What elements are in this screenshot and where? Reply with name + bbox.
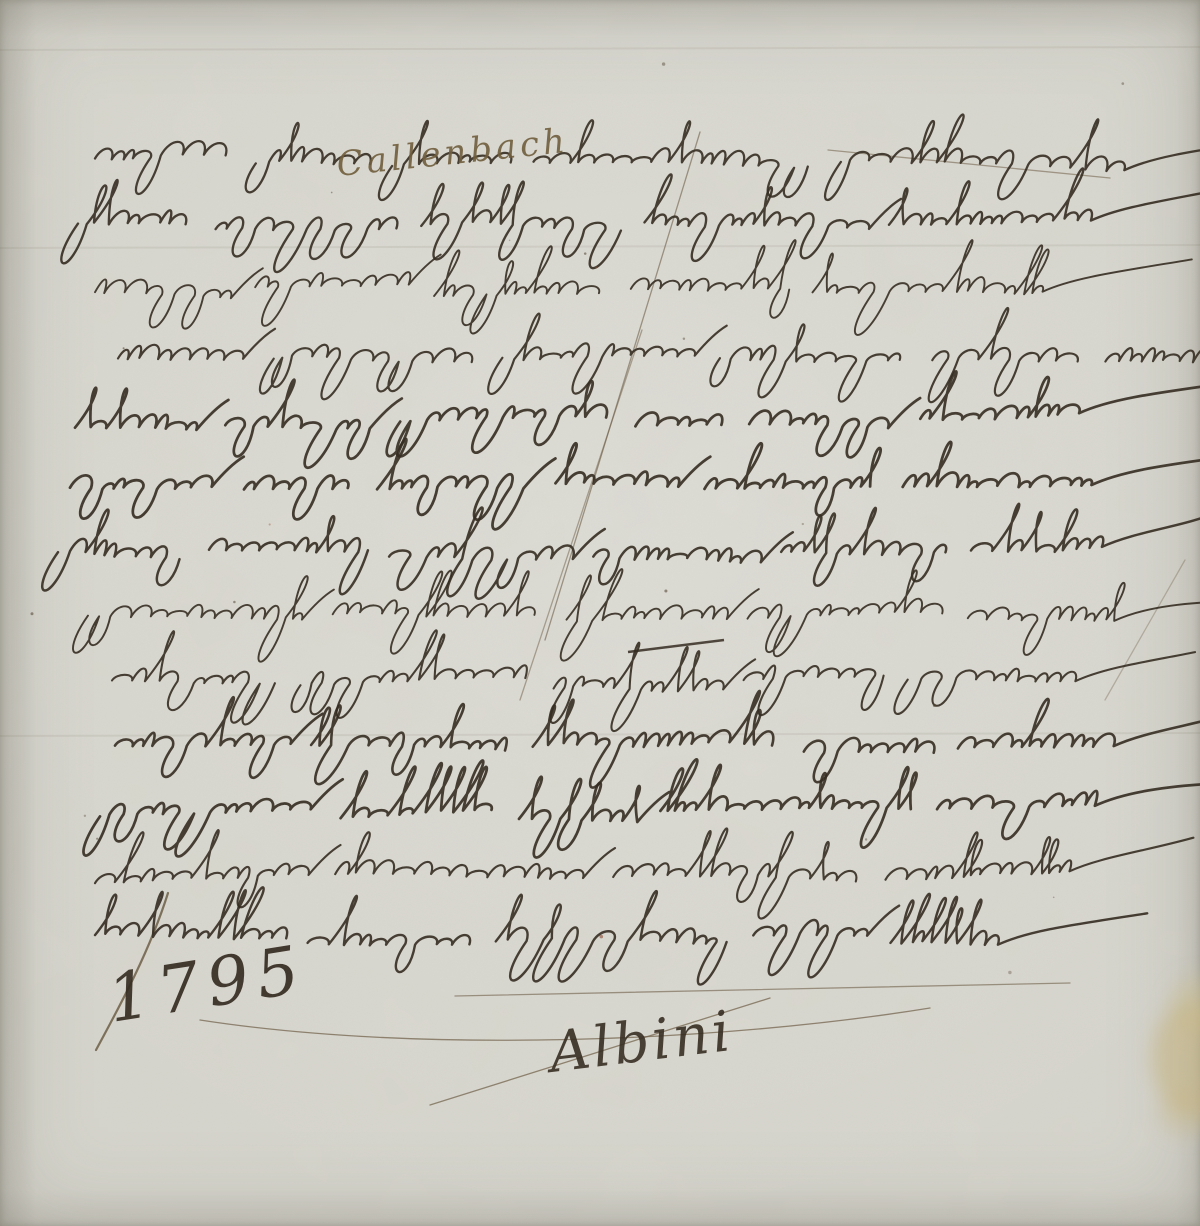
handwriting-layer: Callenbach 1795 Albini <box>0 0 1200 1226</box>
paper-grain-texture <box>0 0 1200 1226</box>
manuscript-letter-scan: Callenbach 1795 Albini <box>0 0 1200 1226</box>
